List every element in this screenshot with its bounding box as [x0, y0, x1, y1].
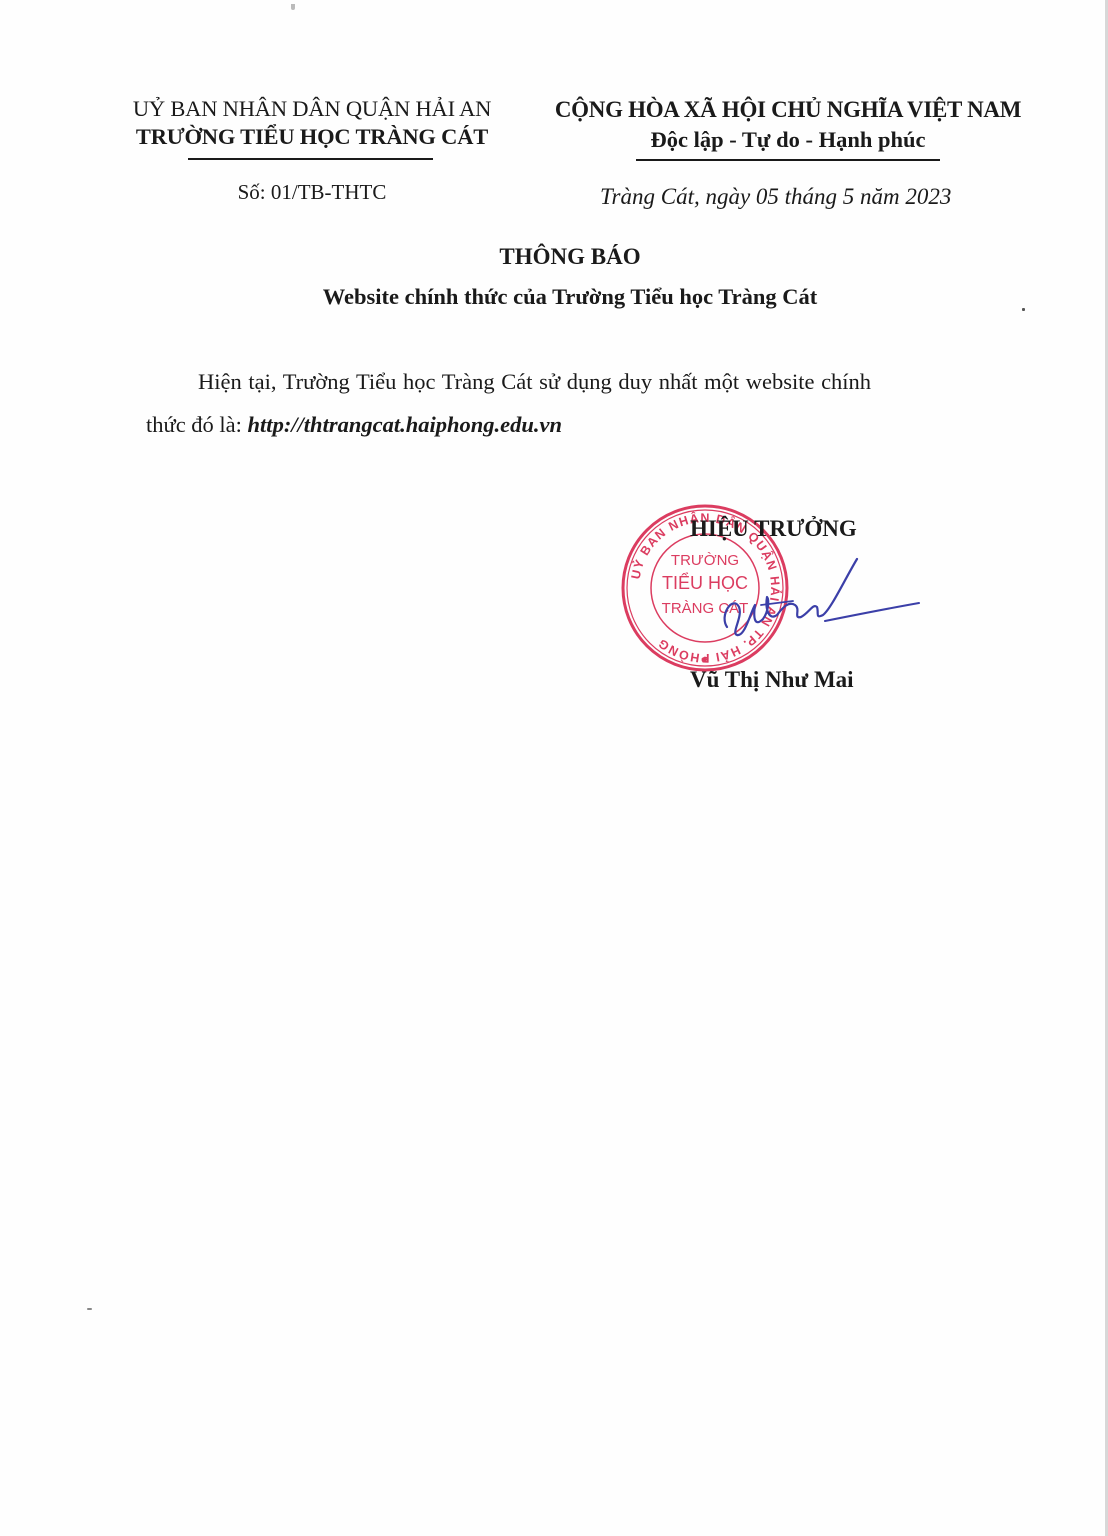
document-title: THÔNG BÁO	[0, 244, 1108, 270]
document-subtitle: Website chính thức của Trường Tiểu học T…	[0, 284, 1108, 310]
scan-speck	[1022, 308, 1025, 311]
document-number: Số: 01/TB-THTC	[120, 180, 504, 205]
website-url-link[interactable]: http://thtrangcat.haiphong.edu.vn	[248, 412, 562, 437]
school-name: TRƯỜNG TIỂU HỌC TRÀNG CÁT	[120, 124, 504, 150]
national-title: CỘNG HÒA XÃ HỘI CHỦ NGHĨA VIỆT NAM	[536, 97, 1040, 123]
body-paragraph-line-2: thức đó là: http://thtrangcat.haiphong.e…	[146, 412, 562, 438]
signatory-position: HIỆU TRƯỞNG	[690, 516, 857, 542]
stamp-star-icon: ★	[701, 655, 710, 666]
scan-speck	[87, 1308, 92, 1310]
national-motto: Độc lập - Tự do - Hạnh phúc	[536, 127, 1040, 153]
body-paragraph-line-1: Hiện tại, Trường Tiểu học Tràng Cát sử d…	[198, 369, 871, 395]
place-and-date: Tràng Cát, ngày 05 tháng 5 năm 2023	[600, 184, 951, 210]
body-text-prefix: thức đó là:	[146, 412, 248, 437]
parent-organization: UỶ BAN NHÂN DÂN QUẬN HẢI AN	[120, 96, 504, 122]
scan-speck	[291, 4, 295, 10]
document-page: UỶ BAN NHÂN DÂN QUẬN HẢI AN TRƯỜNG TIỂU …	[0, 0, 1104, 1536]
header-left-divider	[188, 158, 433, 160]
handwritten-signature-icon	[705, 555, 925, 645]
signer-name: Vũ Thị Như Mai	[690, 667, 854, 693]
header-right-divider	[636, 159, 940, 161]
